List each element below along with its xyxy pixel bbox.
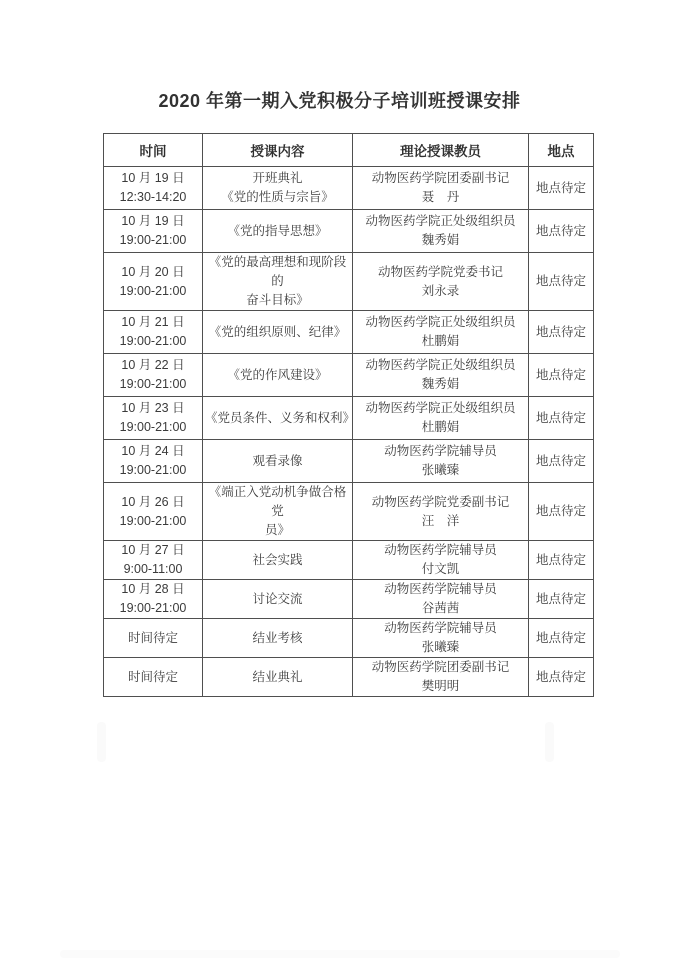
cell-line: 地点待定 (531, 409, 591, 428)
content-cell: 讨论交流 (203, 580, 353, 619)
cell-line: 《党的性质与宗旨》 (205, 188, 350, 207)
content-cell: 《党员条件、义务和权利》 (203, 397, 353, 440)
header-location: 地点 (529, 134, 594, 167)
cell-line: 10 月 28 日 (106, 580, 200, 599)
header-content: 授课内容 (203, 134, 353, 167)
cell-line: 结业考核 (205, 629, 350, 648)
header-time: 时间 (104, 134, 203, 167)
instructor-cell: 动物医药学院党委副书记汪 洋 (353, 483, 529, 541)
location-cell: 地点待定 (529, 440, 594, 483)
instructor-cell: 动物医药学院党委书记刘永录 (353, 253, 529, 311)
cell-line: 10 月 23 日 (106, 399, 200, 418)
cell-line: 刘永录 (355, 282, 526, 301)
cell-line: 观看录像 (205, 452, 350, 471)
instructor-cell: 动物医药学院辅导员张曦臻 (353, 619, 529, 658)
location-cell: 地点待定 (529, 210, 594, 253)
schedule-table-body: 10 月 19 日12:30-14:20开班典礼《党的性质与宗旨》动物医药学院团… (104, 167, 594, 697)
cell-line: 杜鹏娟 (355, 418, 526, 437)
cell-line: 19:00-21:00 (106, 461, 200, 480)
table-row: 时间待定结业典礼动物医药学院团委副书记樊明明地点待定 (104, 658, 594, 697)
schedule-table-header: 时间 授课内容 理论授课教员 地点 (104, 134, 594, 167)
time-cell: 10 月 22 日19:00-21:00 (104, 354, 203, 397)
time-cell: 10 月 23 日19:00-21:00 (104, 397, 203, 440)
cell-line: 谷茜茜 (355, 599, 526, 618)
header-instructor: 理论授课教员 (353, 134, 529, 167)
cell-line: 地点待定 (531, 366, 591, 385)
instructor-cell: 动物医药学院正处级组织员魏秀娟 (353, 210, 529, 253)
schedule-table: 时间 授课内容 理论授课教员 地点 10 月 19 日12:30-14:20开班… (103, 133, 594, 697)
cell-line: 社会实践 (205, 551, 350, 570)
cell-line: 动物医药学院党委副书记 (355, 493, 526, 512)
header-row: 时间 授课内容 理论授课教员 地点 (104, 134, 594, 167)
cell-line: 《党的作风建设》 (205, 366, 350, 385)
cell-line: 9:00-11:00 (106, 560, 200, 579)
cell-line: 奋斗目标》 (205, 291, 350, 310)
cell-line: 《党的最高理想和现阶段的 (205, 253, 350, 291)
time-cell: 10 月 20 日19:00-21:00 (104, 253, 203, 311)
table-row: 10 月 19 日12:30-14:20开班典礼《党的性质与宗旨》动物医药学院团… (104, 167, 594, 210)
location-cell: 地点待定 (529, 397, 594, 440)
location-cell: 地点待定 (529, 311, 594, 354)
instructor-cell: 动物医药学院辅导员谷茜茜 (353, 580, 529, 619)
cell-line: 19:00-21:00 (106, 332, 200, 351)
content-cell: 社会实践 (203, 541, 353, 580)
document-page: 2020 年第一期入党积极分子培训班授课安排 时间 授课内容 理论授课教员 地点… (0, 0, 679, 960)
location-cell: 地点待定 (529, 658, 594, 697)
table-row: 10 月 27 日9:00-11:00社会实践动物医药学院辅导员付文凯地点待定 (104, 541, 594, 580)
time-cell: 10 月 27 日9:00-11:00 (104, 541, 203, 580)
cell-line: 地点待定 (531, 629, 591, 648)
cell-line: 19:00-21:00 (106, 231, 200, 250)
cell-line: 动物医药学院正处级组织员 (355, 356, 526, 375)
cell-line: 10 月 26 日 (106, 493, 200, 512)
cell-line: 张曦臻 (355, 638, 526, 657)
cell-line: 10 月 20 日 (106, 263, 200, 282)
table-row: 10 月 19 日19:00-21:00《党的指导思想》动物医药学院正处级组织员… (104, 210, 594, 253)
cell-line: 员》 (205, 521, 350, 540)
table-row: 10 月 22 日19:00-21:00《党的作风建设》动物医药学院正处级组织员… (104, 354, 594, 397)
cell-line: 19:00-21:00 (106, 418, 200, 437)
cell-line: 时间待定 (106, 668, 200, 687)
table-row: 时间待定结业考核动物医药学院辅导员张曦臻地点待定 (104, 619, 594, 658)
time-cell: 时间待定 (104, 658, 203, 697)
content-cell: 结业考核 (203, 619, 353, 658)
table-row: 10 月 23 日19:00-21:00《党员条件、义务和权利》动物医药学院正处… (104, 397, 594, 440)
table-row: 10 月 21 日19:00-21:00《党的组织原则、纪律》动物医药学院正处级… (104, 311, 594, 354)
content-cell: 《党的组织原则、纪律》 (203, 311, 353, 354)
cell-line: 动物医药学院辅导员 (355, 619, 526, 638)
scan-artifact (545, 722, 554, 762)
cell-line: 10 月 19 日 (106, 212, 200, 231)
content-cell: 开班典礼《党的性质与宗旨》 (203, 167, 353, 210)
cell-line: 汪 洋 (355, 512, 526, 531)
location-cell: 地点待定 (529, 619, 594, 658)
instructor-cell: 动物医药学院正处级组织员杜鹏娟 (353, 311, 529, 354)
cell-line: 地点待定 (531, 551, 591, 570)
table-row: 10 月 24 日19:00-21:00观看录像动物医药学院辅导员张曦臻地点待定 (104, 440, 594, 483)
location-cell: 地点待定 (529, 483, 594, 541)
cell-line: 杜鹏娟 (355, 332, 526, 351)
table-row: 10 月 28 日19:00-21:00讨论交流动物医药学院辅导员谷茜茜地点待定 (104, 580, 594, 619)
instructor-cell: 动物医药学院团委副书记樊明明 (353, 658, 529, 697)
cell-line: 地点待定 (531, 272, 591, 291)
cell-line: 张曦臻 (355, 461, 526, 480)
cell-line: 魏秀娟 (355, 375, 526, 394)
cell-line: 付文凯 (355, 560, 526, 579)
cell-line: 动物医药学院辅导员 (355, 580, 526, 599)
location-cell: 地点待定 (529, 253, 594, 311)
cell-line: 动物医药学院党委书记 (355, 263, 526, 282)
cell-line: 10 月 27 日 (106, 541, 200, 560)
time-cell: 10 月 19 日12:30-14:20 (104, 167, 203, 210)
cell-line: 地点待定 (531, 452, 591, 471)
cell-line: 19:00-21:00 (106, 282, 200, 301)
instructor-cell: 动物医药学院团委副书记聂 丹 (353, 167, 529, 210)
cell-line: 地点待定 (531, 590, 591, 609)
location-cell: 地点待定 (529, 354, 594, 397)
cell-line: 动物医药学院辅导员 (355, 541, 526, 560)
cell-line: 地点待定 (531, 323, 591, 342)
cell-line: 动物医药学院团委副书记 (355, 169, 526, 188)
cell-line: 《党的组织原则、纪律》 (205, 323, 350, 342)
instructor-cell: 动物医药学院辅导员付文凯 (353, 541, 529, 580)
content-cell: 结业典礼 (203, 658, 353, 697)
cell-line: 地点待定 (531, 668, 591, 687)
cell-line: 19:00-21:00 (106, 375, 200, 394)
content-cell: 《党的指导思想》 (203, 210, 353, 253)
cell-line: 樊明明 (355, 677, 526, 696)
cell-line: 《党的指导思想》 (205, 222, 350, 241)
cell-line: 魏秀娟 (355, 231, 526, 250)
instructor-cell: 动物医药学院辅导员张曦臻 (353, 440, 529, 483)
cell-line: 动物医药学院正处级组织员 (355, 313, 526, 332)
time-cell: 10 月 28 日19:00-21:00 (104, 580, 203, 619)
cell-line: 10 月 19 日 (106, 169, 200, 188)
time-cell: 10 月 21 日19:00-21:00 (104, 311, 203, 354)
page-title: 2020 年第一期入党积极分子培训班授课安排 (0, 87, 679, 113)
cell-line: 地点待定 (531, 502, 591, 521)
cell-line: 动物医药学院辅导员 (355, 442, 526, 461)
cell-line: 19:00-21:00 (106, 599, 200, 618)
cell-line: 时间待定 (106, 629, 200, 648)
cell-line: 地点待定 (531, 179, 591, 198)
cell-line: 动物医药学院正处级组织员 (355, 212, 526, 231)
time-cell: 时间待定 (104, 619, 203, 658)
content-cell: 观看录像 (203, 440, 353, 483)
cell-line: 10 月 21 日 (106, 313, 200, 332)
scan-artifact (60, 950, 620, 958)
time-cell: 10 月 19 日19:00-21:00 (104, 210, 203, 253)
table-row: 10 月 26 日19:00-21:00《端正入党动机争做合格党员》动物医药学院… (104, 483, 594, 541)
cell-line: 10 月 24 日 (106, 442, 200, 461)
location-cell: 地点待定 (529, 580, 594, 619)
cell-line: 《党员条件、义务和权利》 (205, 409, 350, 428)
instructor-cell: 动物医药学院正处级组织员杜鹏娟 (353, 397, 529, 440)
cell-line: 10 月 22 日 (106, 356, 200, 375)
cell-line: 地点待定 (531, 222, 591, 241)
cell-line: 动物医药学院正处级组织员 (355, 399, 526, 418)
scan-artifact (97, 722, 106, 762)
time-cell: 10 月 24 日19:00-21:00 (104, 440, 203, 483)
cell-line: 12:30-14:20 (106, 188, 200, 207)
instructor-cell: 动物医药学院正处级组织员魏秀娟 (353, 354, 529, 397)
cell-line: 动物医药学院团委副书记 (355, 658, 526, 677)
content-cell: 《党的最高理想和现阶段的奋斗目标》 (203, 253, 353, 311)
cell-line: 19:00-21:00 (106, 512, 200, 531)
cell-line: 聂 丹 (355, 188, 526, 207)
content-cell: 《端正入党动机争做合格党员》 (203, 483, 353, 541)
cell-line: 《端正入党动机争做合格党 (205, 483, 350, 521)
cell-line: 结业典礼 (205, 668, 350, 687)
cell-line: 讨论交流 (205, 590, 350, 609)
location-cell: 地点待定 (529, 167, 594, 210)
table-row: 10 月 20 日19:00-21:00《党的最高理想和现阶段的奋斗目标》动物医… (104, 253, 594, 311)
time-cell: 10 月 26 日19:00-21:00 (104, 483, 203, 541)
content-cell: 《党的作风建设》 (203, 354, 353, 397)
cell-line: 开班典礼 (205, 169, 350, 188)
location-cell: 地点待定 (529, 541, 594, 580)
